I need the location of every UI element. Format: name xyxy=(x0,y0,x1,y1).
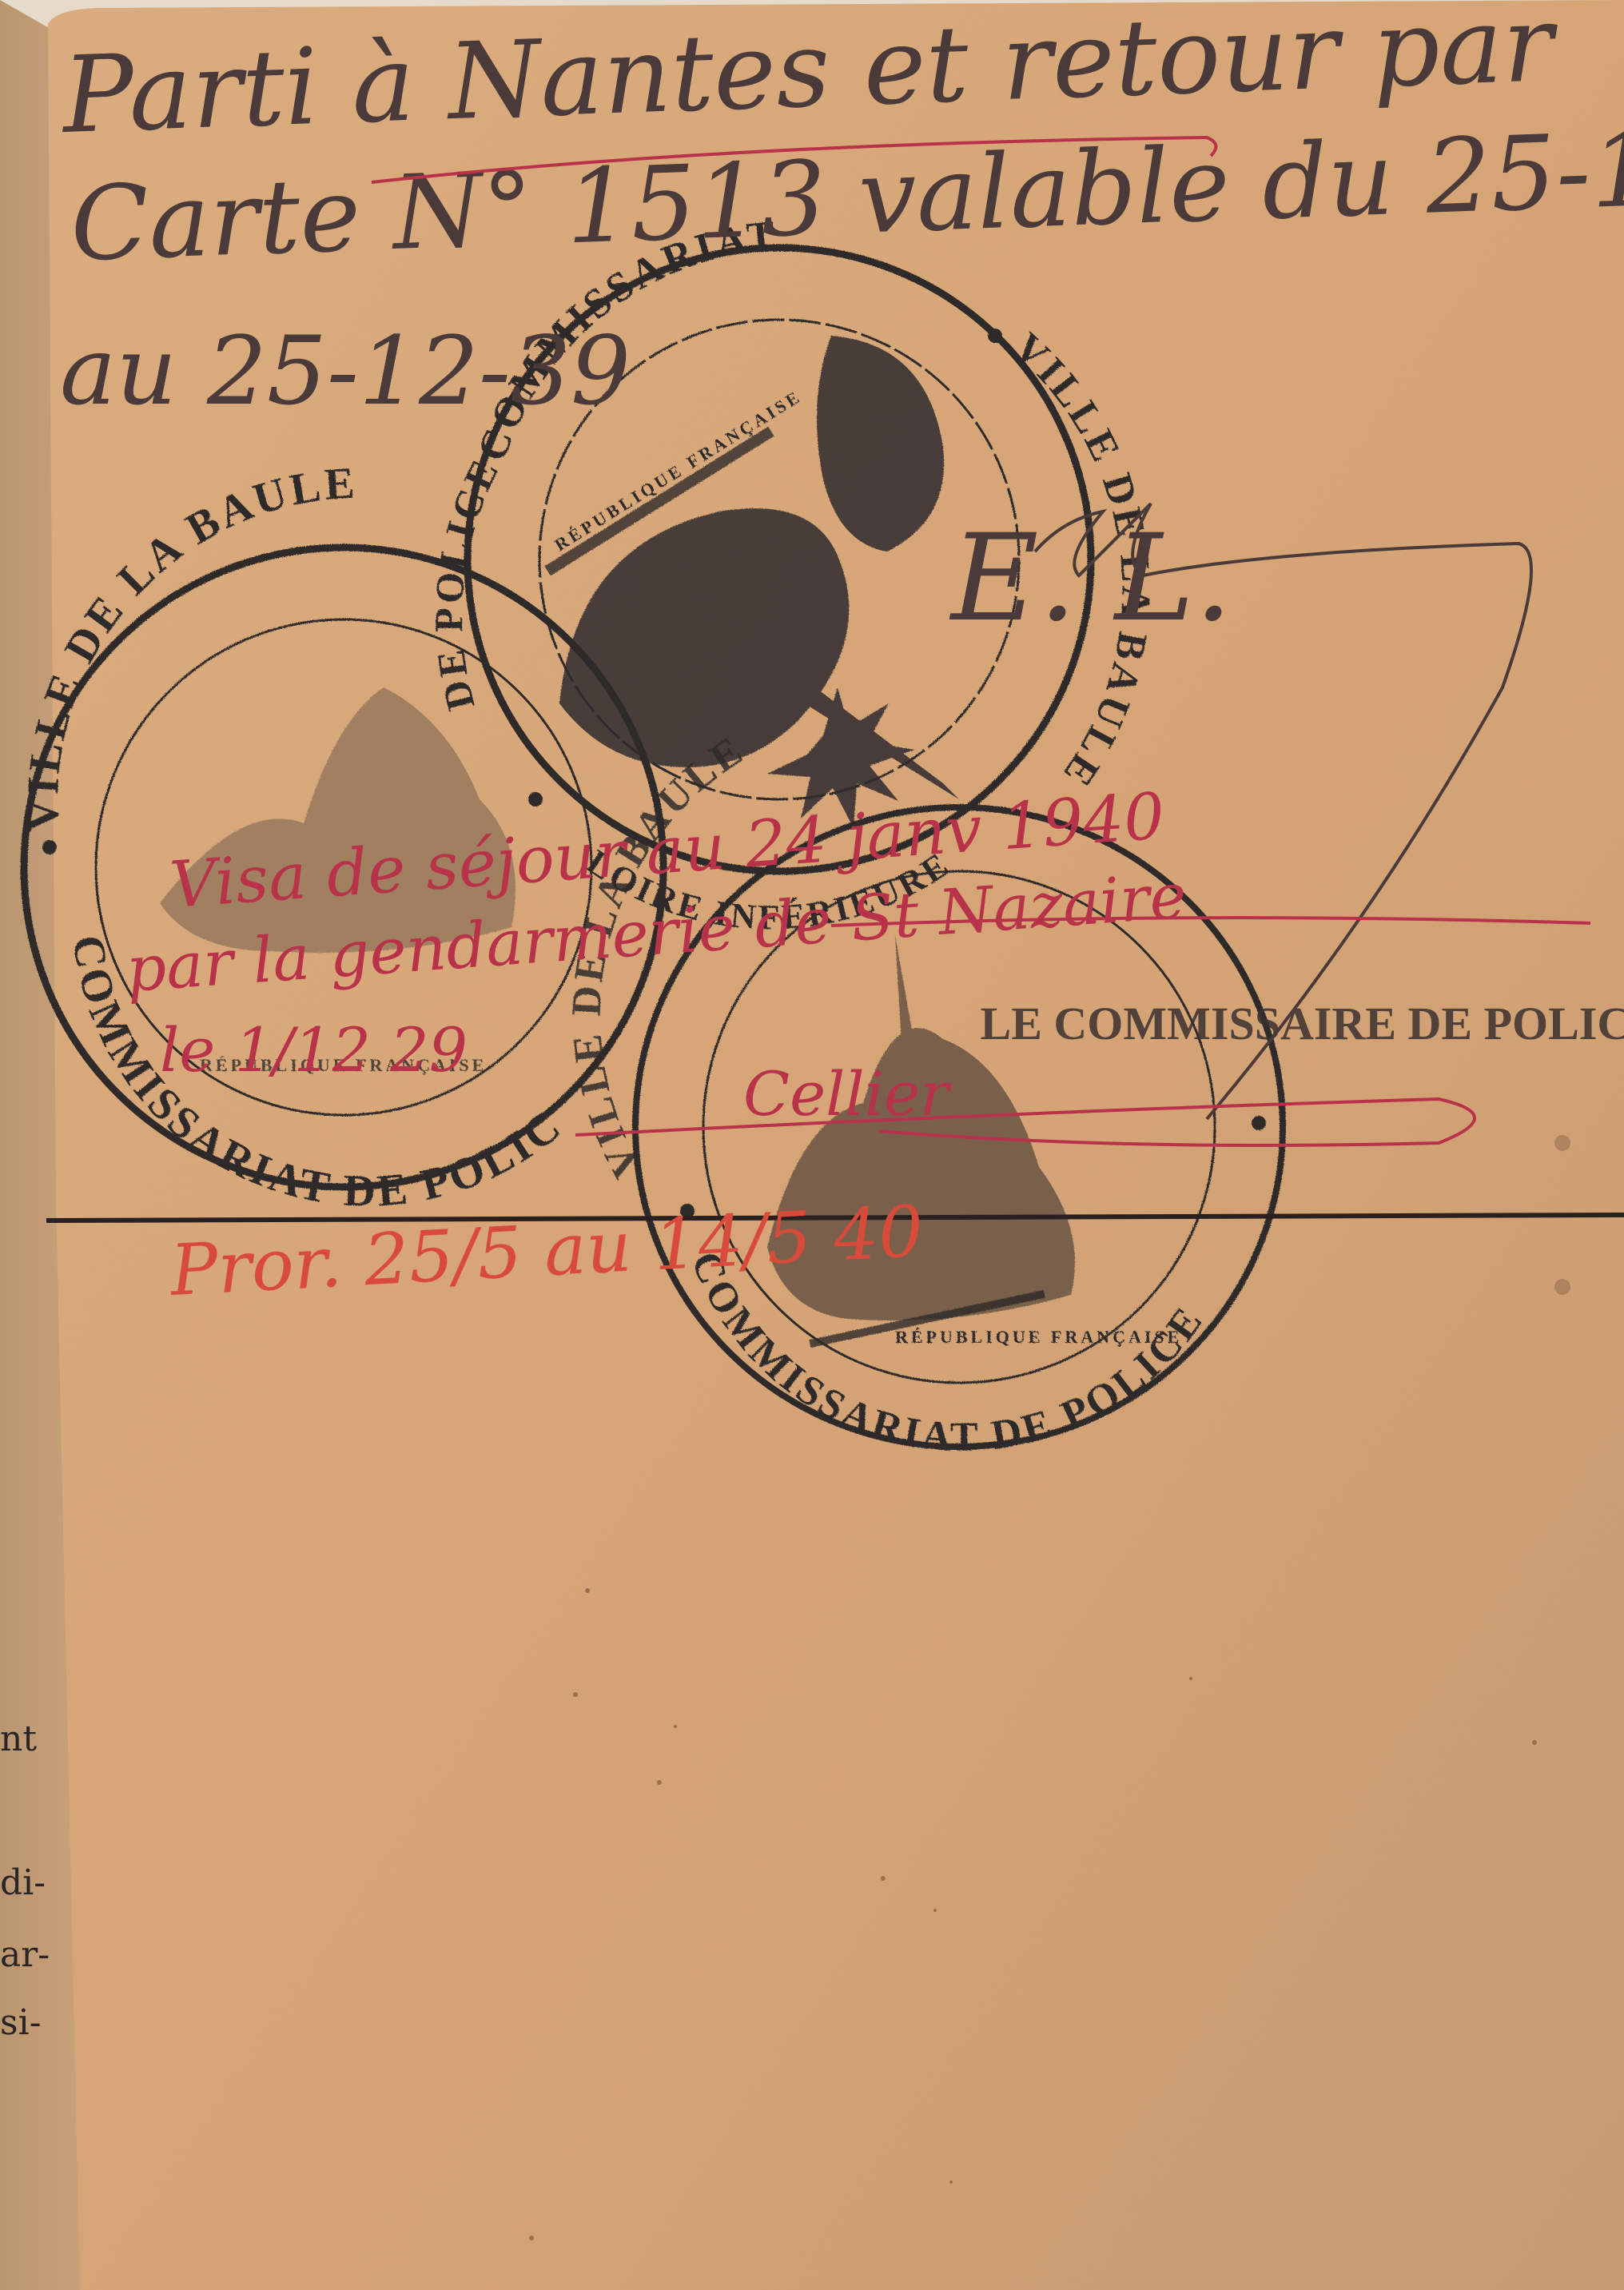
handwriting-line-3: au 25-12-39 xyxy=(60,316,631,426)
margin-fragment: ar- xyxy=(0,1934,50,1975)
printed-title: LE COMMISSAIRE DE POLICE, xyxy=(981,998,1624,1049)
margin-fragment: si- xyxy=(0,2002,42,2043)
margin-fragment: di- xyxy=(0,1862,46,1903)
document-page: nt di- ar- si- COMMISSARIAT VILLE DE LA … xyxy=(0,0,1624,2290)
stamp-lower-inner-label: RÉPUBLIQUE FRANÇAISE xyxy=(895,1327,1182,1347)
red-annotation-line-3: le 1/12 29 xyxy=(160,1014,468,1085)
margin-fragment: nt xyxy=(0,1718,37,1759)
